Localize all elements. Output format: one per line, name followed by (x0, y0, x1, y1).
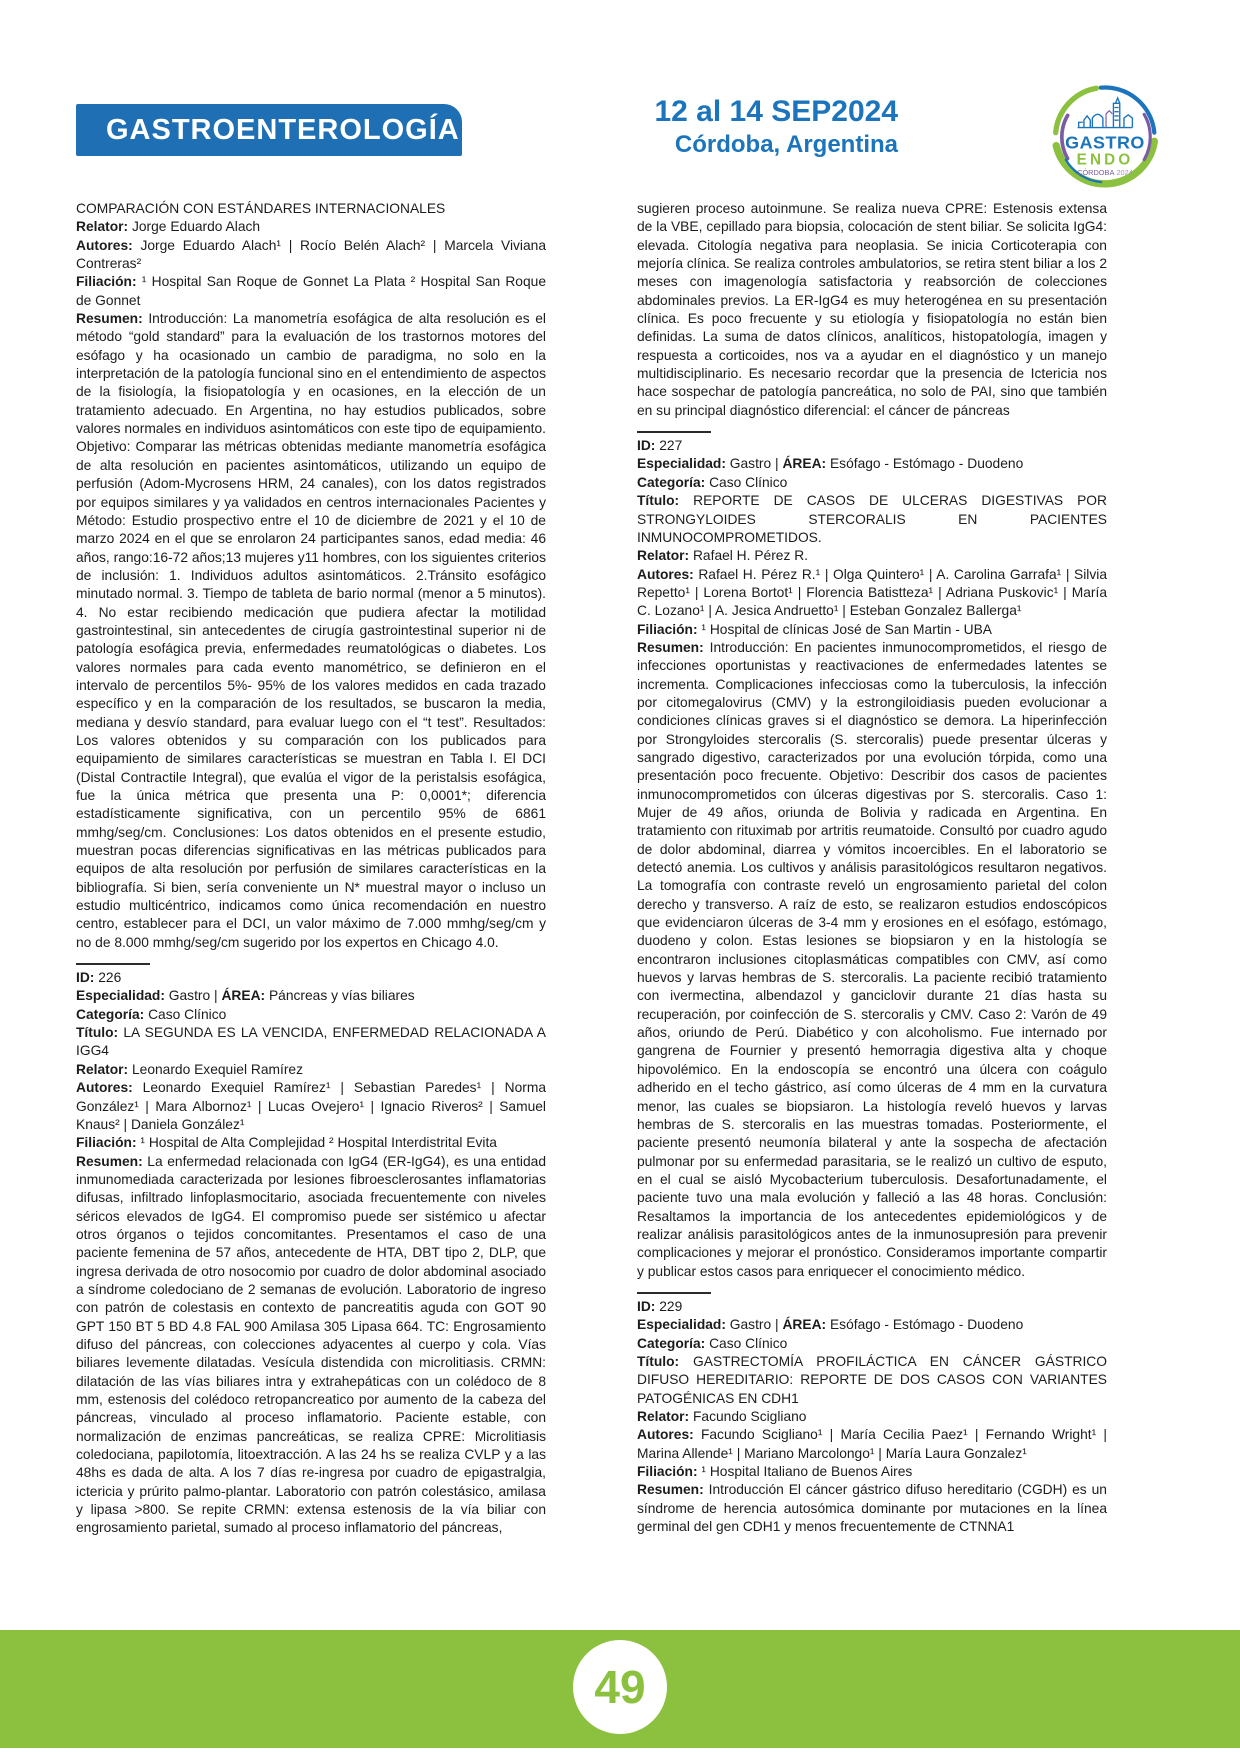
text-run: La enfermedad relacionada con IgG4 (ER-I… (76, 1154, 546, 1536)
paragraph: Autores: Jorge Eduardo Alach¹ | Rocío Be… (76, 237, 546, 274)
field-label: ÁREA: (782, 1317, 830, 1332)
paragraph: Relator: Facundo Scigliano (637, 1408, 1107, 1426)
paragraph: Especialidad: Gastro | ÁREA: Esófago - E… (637, 455, 1107, 473)
text-run: Gastro | (730, 1317, 783, 1332)
paragraph: Relator: Leonardo Exequiel Ramírez (76, 1061, 546, 1079)
logo-ring-blue-top (1101, 88, 1155, 133)
field-label: Resumen: (76, 1154, 147, 1169)
text-run: Caso Clínico (709, 1336, 787, 1351)
field-label: Relator: (76, 219, 132, 234)
text-run: Leonardo Exequiel Ramírez¹ | Sebastian P… (76, 1080, 546, 1132)
paragraph: COMPARACIÓN CON ESTÁNDARES INTERNACIONAL… (76, 200, 546, 218)
separator-rule (637, 1292, 711, 1294)
text-run: Leonardo Exequiel Ramírez (132, 1062, 303, 1077)
field-label: Autores: (637, 1427, 701, 1442)
field-label: Categoría: (637, 475, 709, 490)
conference-logo: GASTRO ENDO CÓRDOBA2024 (1046, 78, 1164, 196)
city-skyline-accent (1106, 111, 1112, 128)
text-run: Introducción: La manometría esofágica de… (76, 311, 546, 950)
text-run: 226 (98, 970, 121, 985)
paragraph: Resumen: Introducción El cáncer gástrico… (637, 1481, 1107, 1536)
paragraph: Categoría: Caso Clínico (637, 474, 1107, 492)
field-label: Relator: (637, 548, 693, 563)
field-label: ÁREA: (782, 456, 830, 471)
text-run: ¹ Hospital San Roque de Gonnet La Plata … (76, 274, 546, 307)
field-label: Filiación: (76, 274, 142, 289)
text-run: Rafael H. Pérez R.¹ | Olga Quintero¹ | A… (637, 567, 1107, 619)
column-right: sugieren proceso autoinmune. Se realiza … (637, 200, 1107, 1536)
logo-text-cordoba-word: CÓRDOBA (1077, 168, 1114, 177)
field-label: Especialidad: (76, 988, 169, 1003)
text-run: 227 (659, 438, 682, 453)
paragraph: Relator: Jorge Eduardo Alach (76, 218, 546, 236)
section-title: GASTROENTEROLOGÍA (106, 114, 460, 147)
gastroendo-logo-icon: GASTRO ENDO CÓRDOBA2024 (1046, 78, 1164, 196)
field-label: Relator: (637, 1409, 693, 1424)
logo-text-cordoba: CÓRDOBA2024 (1077, 168, 1133, 177)
logo-text-endo: ENDO (1077, 151, 1134, 168)
paragraph: sugieren proceso autoinmune. Se realiza … (637, 200, 1107, 420)
text-run: sugieren proceso autoinmune. Se realiza … (637, 201, 1107, 418)
paragraph: Filiación: ¹ Hospital de Alta Complejida… (76, 1134, 546, 1152)
paragraph: Autores: Leonardo Exequiel Ramírez¹ | Se… (76, 1079, 546, 1134)
paragraph: Filiación: ¹ Hospital San Roque de Gonne… (76, 273, 546, 310)
page-number: 49 (594, 1660, 645, 1714)
field-label: Resumen: (637, 1482, 709, 1497)
event-header: 12 al 14 SEP2024 Córdoba, Argentina (654, 94, 898, 160)
paragraph: ID: 227 (637, 437, 1107, 455)
column-left: COMPARACIÓN CON ESTÁNDARES INTERNACIONAL… (76, 200, 546, 1538)
text-run: Jorge Eduardo Alach¹ | Rocío Belén Alach… (76, 238, 546, 271)
logo-text-gastro: GASTRO (1065, 133, 1145, 153)
text-run: Páncreas y vías biliares (269, 988, 415, 1003)
text-run: LA SEGUNDA ES LA VENCIDA, ENFERMEDAD REL… (76, 1025, 546, 1058)
field-label: ID: (637, 438, 659, 453)
text-run: Jorge Eduardo Alach (132, 219, 260, 234)
text-run: ¹ Hospital Italiano de Buenos Aires (701, 1464, 912, 1479)
paragraph: ID: 229 (637, 1298, 1107, 1316)
text-run: Facundo Scigliano (693, 1409, 807, 1424)
paragraph: Categoría: Caso Clínico (76, 1006, 546, 1024)
field-label: Relator: (76, 1062, 132, 1077)
text-run: Gastro | (730, 456, 783, 471)
field-label: Categoría: (76, 1007, 148, 1022)
paragraph: Resumen: Introducción: En pacientes inmu… (637, 639, 1107, 1281)
city-skyline-icon (1078, 98, 1133, 128)
field-label: Resumen: (76, 311, 148, 326)
field-label: ID: (637, 1299, 659, 1314)
event-location: Córdoba, Argentina (654, 130, 898, 160)
field-label: ÁREA: (221, 988, 269, 1003)
paragraph: Título: LA SEGUNDA ES LA VENCIDA, ENFERM… (76, 1024, 546, 1061)
field-label: Título: (76, 1025, 123, 1040)
text-run: Introducción: En pacientes inmunocomprom… (637, 640, 1107, 1279)
text-run: Rafael H. Pérez R. (693, 548, 808, 563)
field-label: ID: (76, 970, 98, 985)
section-banner: GASTROENTEROLOGÍA (76, 104, 462, 156)
paragraph: Autores: Rafael H. Pérez R.¹ | Olga Quin… (637, 566, 1107, 621)
text-run: Esófago - Estómago - Duodeno (830, 1317, 1023, 1332)
paragraph: Filiación: ¹ Hospital Italiano de Buenos… (637, 1463, 1107, 1481)
field-label: Autores: (637, 567, 698, 582)
field-label: Filiación: (76, 1135, 140, 1150)
text-run: REPORTE DE CASOS DE ULCERAS DIGESTIVAS P… (637, 493, 1107, 545)
paragraph: Especialidad: Gastro | ÁREA: Páncreas y … (76, 987, 546, 1005)
text-run: Caso Clínico (709, 475, 787, 490)
page-number-circle: 49 (573, 1640, 667, 1734)
field-label: Especialidad: (637, 1317, 730, 1332)
logo-text-year: 2024 (1116, 168, 1132, 177)
field-label: Autores: (76, 238, 140, 253)
separator-rule (637, 431, 711, 433)
text-run: COMPARACIÓN CON ESTÁNDARES INTERNACIONAL… (76, 201, 445, 216)
text-run: ¹ Hospital de Alta Complejidad ² Hospita… (140, 1135, 497, 1150)
separator-rule (76, 963, 150, 965)
paragraph: Relator: Rafael H. Pérez R. (637, 547, 1107, 565)
paragraph: Resumen: La enfermedad relacionada con I… (76, 1153, 546, 1538)
field-label: Filiación: (637, 622, 701, 637)
field-label: Título: (637, 1354, 693, 1369)
field-label: Categoría: (637, 1336, 709, 1351)
text-run: Gastro | (169, 988, 222, 1003)
field-label: Resumen: (637, 640, 710, 655)
text-run: Facundo Scigliano¹ | María Cecilia Paez¹… (637, 1427, 1107, 1460)
paragraph: Título: GASTRECTOMÍA PROFILÁCTICA EN CÁN… (637, 1353, 1107, 1408)
paragraph: ID: 226 (76, 969, 546, 987)
paragraph: Título: REPORTE DE CASOS DE ULCERAS DIGE… (637, 492, 1107, 547)
text-run: Esófago - Estómago - Duodeno (830, 456, 1023, 471)
field-label: Especialidad: (637, 456, 730, 471)
paragraph: Autores: Facundo Scigliano¹ | María Ceci… (637, 1426, 1107, 1463)
field-label: Autores: (76, 1080, 143, 1095)
field-label: Título: (637, 493, 693, 508)
text-run: GASTRECTOMÍA PROFILÁCTICA EN CÁNCER GÁST… (637, 1354, 1107, 1406)
text-run: 229 (659, 1299, 682, 1314)
paragraph: Especialidad: Gastro | ÁREA: Esófago - E… (637, 1316, 1107, 1334)
paragraph: Categoría: Caso Clínico (637, 1335, 1107, 1353)
text-run: ¹ Hospital de clínicas José de San Marti… (701, 622, 992, 637)
field-label: Filiación: (637, 1464, 701, 1479)
paragraph: Filiación: ¹ Hospital de clínicas José d… (637, 621, 1107, 639)
event-dates: 12 al 14 SEP2024 (654, 94, 898, 130)
page-container: { "header": { "section_title": "GASTROEN… (0, 0, 1240, 1754)
paragraph: Resumen: Introducción: La manometría eso… (76, 310, 546, 952)
text-run: Caso Clínico (148, 1007, 226, 1022)
